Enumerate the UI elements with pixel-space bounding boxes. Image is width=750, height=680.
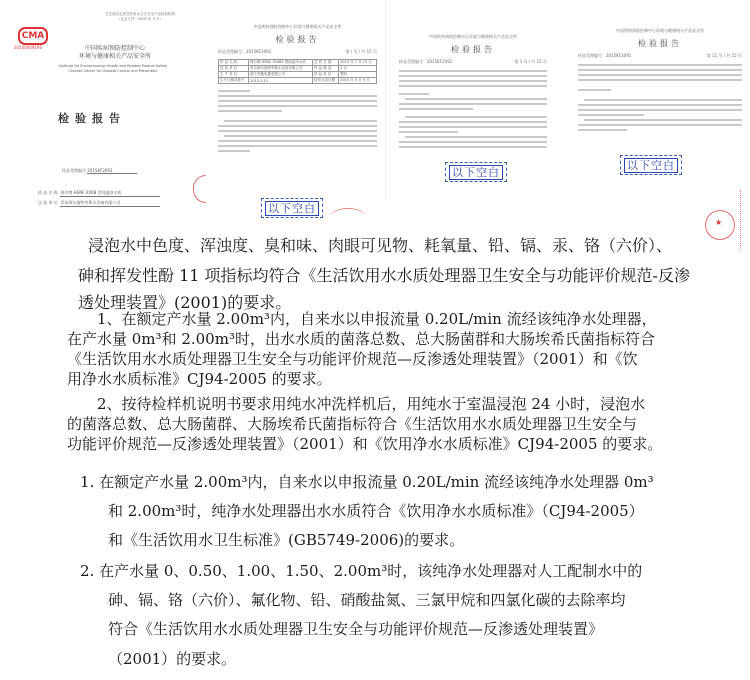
text-line: 1. 在额定产水量 2.00m³内，自来水以申报流量 0.20L/min 流经该…: [80, 468, 654, 497]
cover-header-note: 卫生部认定涉及饮用水卫生安全产品检验机构 （认定文件：2003 年 5 月）: [90, 12, 190, 22]
page-number: 第 11 页 / 共 15 页: [707, 53, 742, 59]
blank-below-stamp: 以下空白: [620, 155, 682, 175]
seal-icon: [330, 208, 366, 227]
page-title: 检验报告: [570, 38, 750, 49]
report-page-thumbnail-3: 中国疾病预防控制中心环境与健康相关产品安全所 检验报告 样品受理编号：2015K…: [570, 0, 750, 180]
text-line: 符合《生活饮用水水质处理器卫生安全与功能评价规范—反渗透处理装置》: [108, 615, 603, 644]
text-line: 2. 在产水量 0、0.50、1.00、1.50、2.00m³时，该纯净水处理器…: [80, 557, 642, 586]
cover-org-en: Institute for Environmental Health and R…: [48, 64, 178, 74]
cover-org-cn: 中国疾病预防控制中心 环境与健康相关产品安全所: [55, 45, 175, 61]
text-line: 1、在额定产水量 2.00m³内，自来水以申报流量 0.20L/min 流经该纯…: [97, 309, 657, 329]
blank-below-stamp: 以下空白: [261, 198, 323, 218]
cover-sample-name: 样 品 名 称 海尔牌 HSNF-300B 型纯滤净水机: [38, 190, 160, 197]
cover-applicant: 送 检 单 位 青岛海尔施特劳斯水设备有限公司: [38, 200, 160, 207]
text-line: 和《生活饮用水卫生标准》(GB5749-2006)的要求。: [108, 526, 464, 555]
text-line: 砷和挥发性酚 11 项指标均符合《生活饮用水水质处理器卫生安全与功能评价规范-反…: [78, 262, 690, 289]
text-line: 功能评价规范—反渗透处理装置》（2001）和《饮用净水水质标准》CJ94-200…: [67, 434, 662, 454]
page-body-lines: [578, 64, 742, 131]
page-org: 中国疾病预防控制中心环境与健康相关产品安全所: [210, 24, 385, 30]
page-sample-no: 样品受理编号：2015KF2091: [578, 53, 631, 59]
text-line: 砷、镉、铬（六价）、氟化物、铅、硝酸盐氮、三氯甲烷和四氯化碳的去除率均: [108, 586, 626, 615]
page-edge-marks: [740, 190, 741, 250]
cma-number: 2014000919S: [14, 45, 42, 50]
text-line: 浸泡水中色度、浑浊度、臭和味、肉眼可见物、耗氧量、铅、镉、汞、铬（六价）、: [88, 232, 672, 259]
seal-icon: [705, 210, 735, 240]
page-title: 检验报告: [210, 34, 385, 45]
text-line: 用净水水质标准》CJ94-2005 的要求。: [67, 369, 332, 389]
page-body-lines: [218, 90, 377, 152]
cma-logo-icon: CMA: [18, 27, 48, 45]
text-line: 2、按待检样机说明书要求用纯水冲洗样机后，用纯水于室温浸泡 24 小时，浸泡水: [97, 394, 645, 414]
page-sample-no: 样品受理编号：2015KF2091: [218, 49, 271, 55]
text-line: 在产水量 0m³和 2.00m³时，出水水质的菌落总数、总大肠菌群和大肠埃希氏菌…: [67, 329, 655, 349]
report-page-thumbnail-1: 中国疾病预防控制中心环境与健康相关产品安全所 检验报告 样品受理编号：2015K…: [210, 0, 386, 200]
page-sample-no: 样品受理编号：2015KF2091: [399, 59, 452, 65]
page-org: 中国疾病预防控制中心环境与健康相关产品安全所: [570, 28, 750, 34]
text-line: 和 2.00m³时，纯净水处理器出水水质符合《饮用净水水质标准》（CJ94-20…: [108, 497, 644, 526]
text-line: 《生活饮用水水质处理器卫生安全与功能评价规范—反渗透处理装置》（2001）和《饮: [67, 349, 638, 369]
page-org: 中国疾病预防控制中心环境与健康相关产品安全所: [393, 34, 553, 40]
page-body-lines: [399, 70, 547, 148]
text-line: 的菌落总数、总大肠菌群、大肠埃希氏菌指标符合《生活饮用水水质处理器卫生安全与: [67, 414, 637, 434]
page-number: 第 / 页 / 共 15 页: [346, 49, 377, 55]
blank-below-stamp: 以下空白: [445, 162, 507, 182]
cover-title: 检验报告: [58, 110, 126, 126]
page-number: 第 3 页 / 共 15 页: [514, 59, 547, 65]
report-cover-thumbnail: 卫生部认定涉及饮用水卫生安全产品检验机构 （认定文件：2003 年 5 月） C…: [0, 0, 205, 225]
page-title: 检验报告: [393, 44, 553, 55]
text-line: （2001）的要求。: [108, 645, 236, 674]
sample-info-table: 样 品 名 称海尔牌 HSNF-300B5 型纯滤净水机送 样 日 期2015 …: [218, 59, 377, 84]
cover-sample-no: 样品受理编号 2015KF2091: [62, 168, 137, 174]
